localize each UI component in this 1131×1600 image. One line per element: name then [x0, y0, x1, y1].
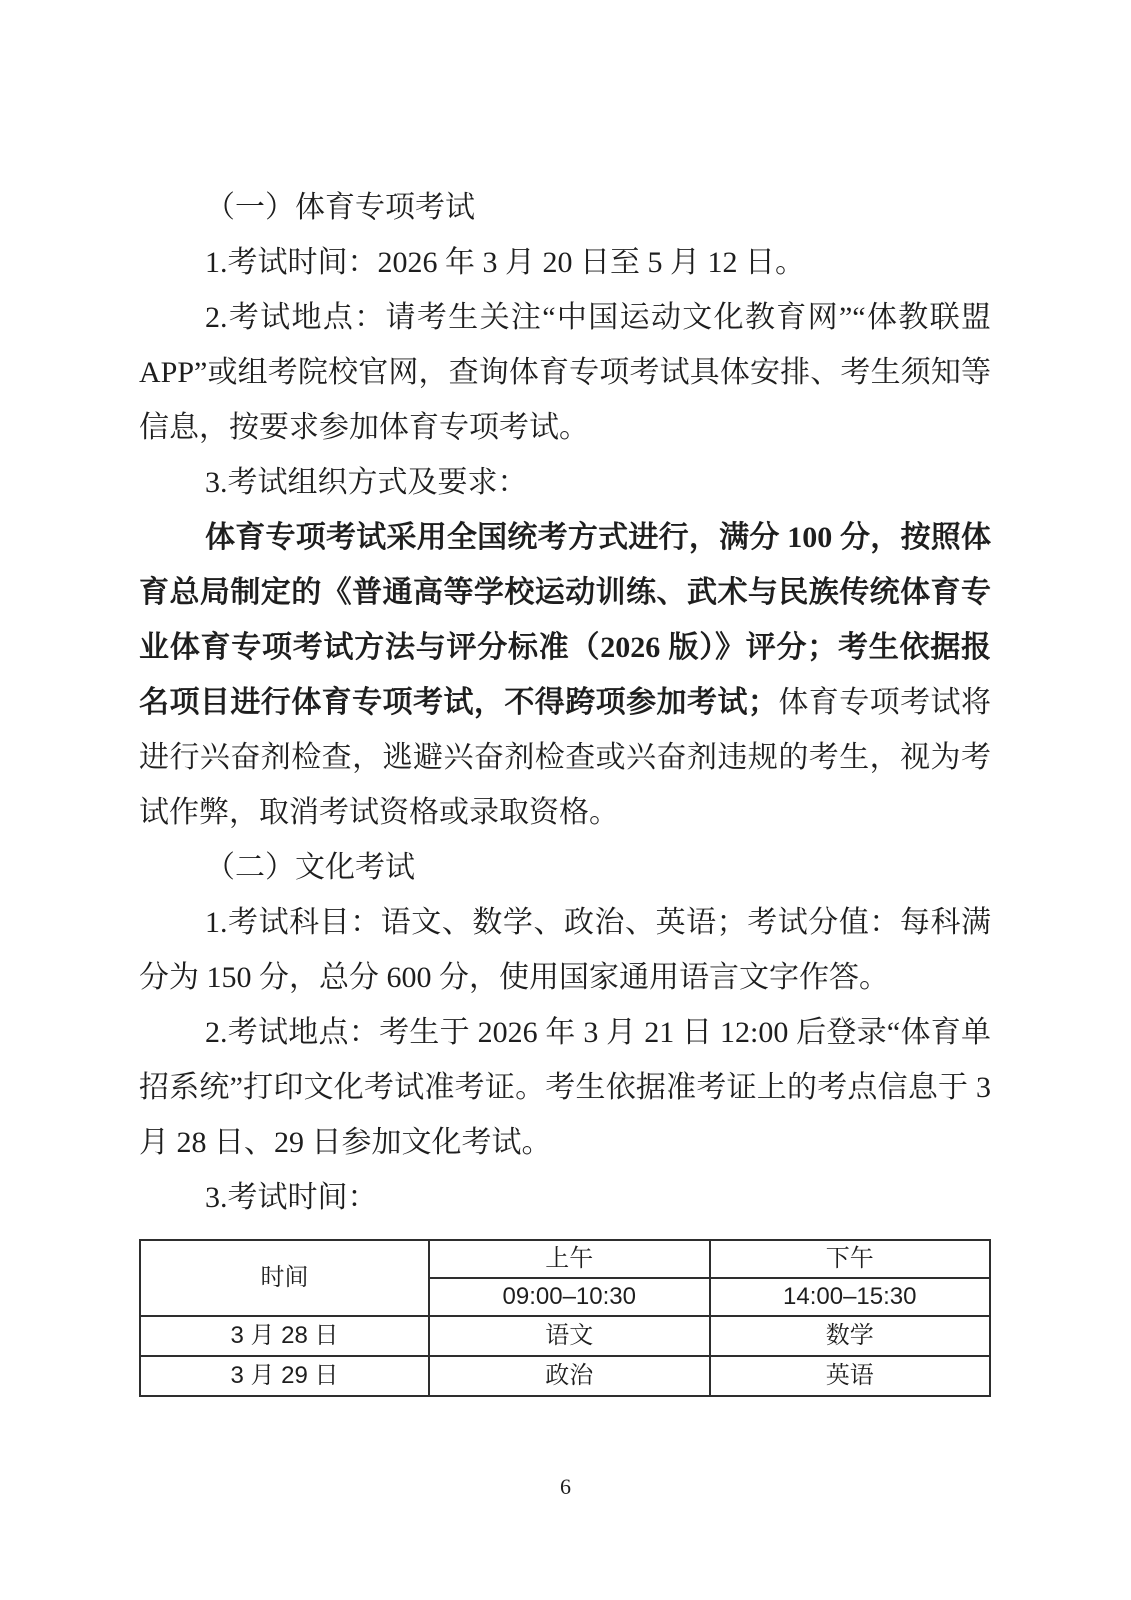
section1-para-exam-location: 2.考试地点：请考生关注“中国运动文化教育网”“体教联盟 APP”或组考院校官网… [139, 290, 991, 455]
exam-schedule-table: 时间 上午 下午 09:00–10:30 14:00–15:30 3 月 28 … [139, 1239, 991, 1397]
section2-para-exam-location: 2.考试地点：考生于 2026 年 3 月 21 日 12:00 后登录“体育单… [139, 1005, 991, 1170]
section1-heading: （一）体育专项考试 [139, 180, 991, 235]
table-cell-am-subject-2: 政治 [429, 1356, 710, 1396]
section1-para-exam-time: 1.考试时间：2026 年 3 月 20 日至 5 月 12 日。 [139, 235, 991, 290]
section1-para-organization-label: 3.考试组织方式及要求： [139, 455, 991, 510]
table-afternoon-time: 14:00–15:30 [710, 1278, 991, 1316]
page-number: 6 [0, 1474, 1131, 1500]
table-header-row-1: 时间 上午 下午 [140, 1240, 990, 1278]
section1-para-exam-rules: 体育专项考试采用全国统考方式进行，满分 100 分，按照体育总局制定的《普通高等… [139, 510, 991, 840]
table-row-march-29: 3 月 29 日 政治 英语 [140, 1356, 990, 1396]
table-header-morning: 上午 [429, 1240, 710, 1278]
table-morning-time: 09:00–10:30 [429, 1278, 710, 1316]
table-cell-pm-subject-2: 英语 [710, 1356, 991, 1396]
table-corner-cell: 时间 [140, 1240, 429, 1316]
table-cell-date-1: 3 月 28 日 [140, 1316, 429, 1356]
table-cell-pm-subject-1: 数学 [710, 1316, 991, 1356]
table-cell-date-2: 3 月 29 日 [140, 1356, 429, 1396]
table-row-march-28: 3 月 28 日 语文 数学 [140, 1316, 990, 1356]
section2-para-subjects: 1.考试科目：语文、数学、政治、英语；考试分值：每科满分为 150 分，总分 6… [139, 895, 991, 1005]
table-header-afternoon: 下午 [710, 1240, 991, 1278]
section2-para-exam-time-label: 3.考试时间： [139, 1170, 991, 1225]
document-content: （一）体育专项考试 1.考试时间：2026 年 3 月 20 日至 5 月 12… [139, 180, 991, 1397]
section2-heading: （二）文化考试 [139, 840, 991, 895]
document-page: （一）体育专项考试 1.考试时间：2026 年 3 月 20 日至 5 月 12… [0, 0, 1131, 1600]
table-cell-am-subject-1: 语文 [429, 1316, 710, 1356]
